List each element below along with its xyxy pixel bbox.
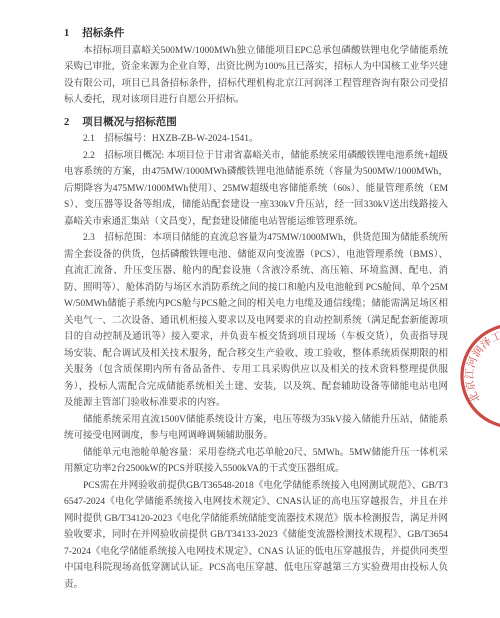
section-title: 招标条件 (82, 28, 124, 39)
seal-text-arc (473, 337, 500, 400)
section-title: 项目概况与招标范围 (82, 117, 177, 128)
section-number: 2 (64, 115, 69, 132)
paragraph-battery-cabin: 储能单元电池舱单舱容量：采用卷绕式电芯单舱20尺、5MWh。5MW储能升压一体机… (64, 445, 448, 478)
paragraph-tender-scope: 2.3 招标范围：本项目储能的直流总容量为475MW/1000MWh，供货范围为… (64, 230, 448, 412)
seal-border-circle (462, 325, 500, 427)
seal-company-name: 北京江河润泽工程管理咨询有限公司 (463, 327, 500, 407)
paragraph-tender-number: 2.1 招标编号：HXZB-ZB-W-2024-1541。 (64, 131, 448, 148)
section-project-overview: 2项目概况与招标范围 2.1 招标编号：HXZB-ZB-W-2024-1541。… (64, 115, 448, 594)
section-heading: 2项目概况与招标范围 (64, 115, 448, 132)
paragraph-project-overview: 2.2 招标项目概况: 本项目位于甘肃省嘉峪关市，储能系统采用磷酸铁锂电池系统+… (64, 148, 448, 231)
section-heading: 1招标条件 (64, 26, 448, 43)
section-number: 1 (64, 26, 69, 43)
agency-red-seal: 北京江河润泽工程管理咨询有限公司 (450, 312, 500, 442)
section-tender-conditions: 1招标条件 本招标项目嘉峪关500MW/1000MWh独立储能项目EPC总承包磷… (64, 26, 448, 109)
paragraph: 本招标项目嘉峪关500MW/1000MWh独立储能项目EPC总承包磷酸铁锂电化学… (64, 43, 448, 109)
seal-text: 北京江河润泽工程管理咨询有限公司 (463, 327, 500, 407)
paragraph-pcs-certification: PCS需在并网验收前提供GB/T36548-2018《电化学储能系统接入电网测试… (64, 478, 448, 594)
document-page: 1招标条件 本招标项目嘉峪关500MW/1000MWh独立储能项目EPC总承包磷… (0, 0, 500, 618)
paragraph-system-design: 储能系统采用直流1500V储能系统设计方案，电压等级为35kV接入储能升压站，储… (64, 412, 448, 445)
